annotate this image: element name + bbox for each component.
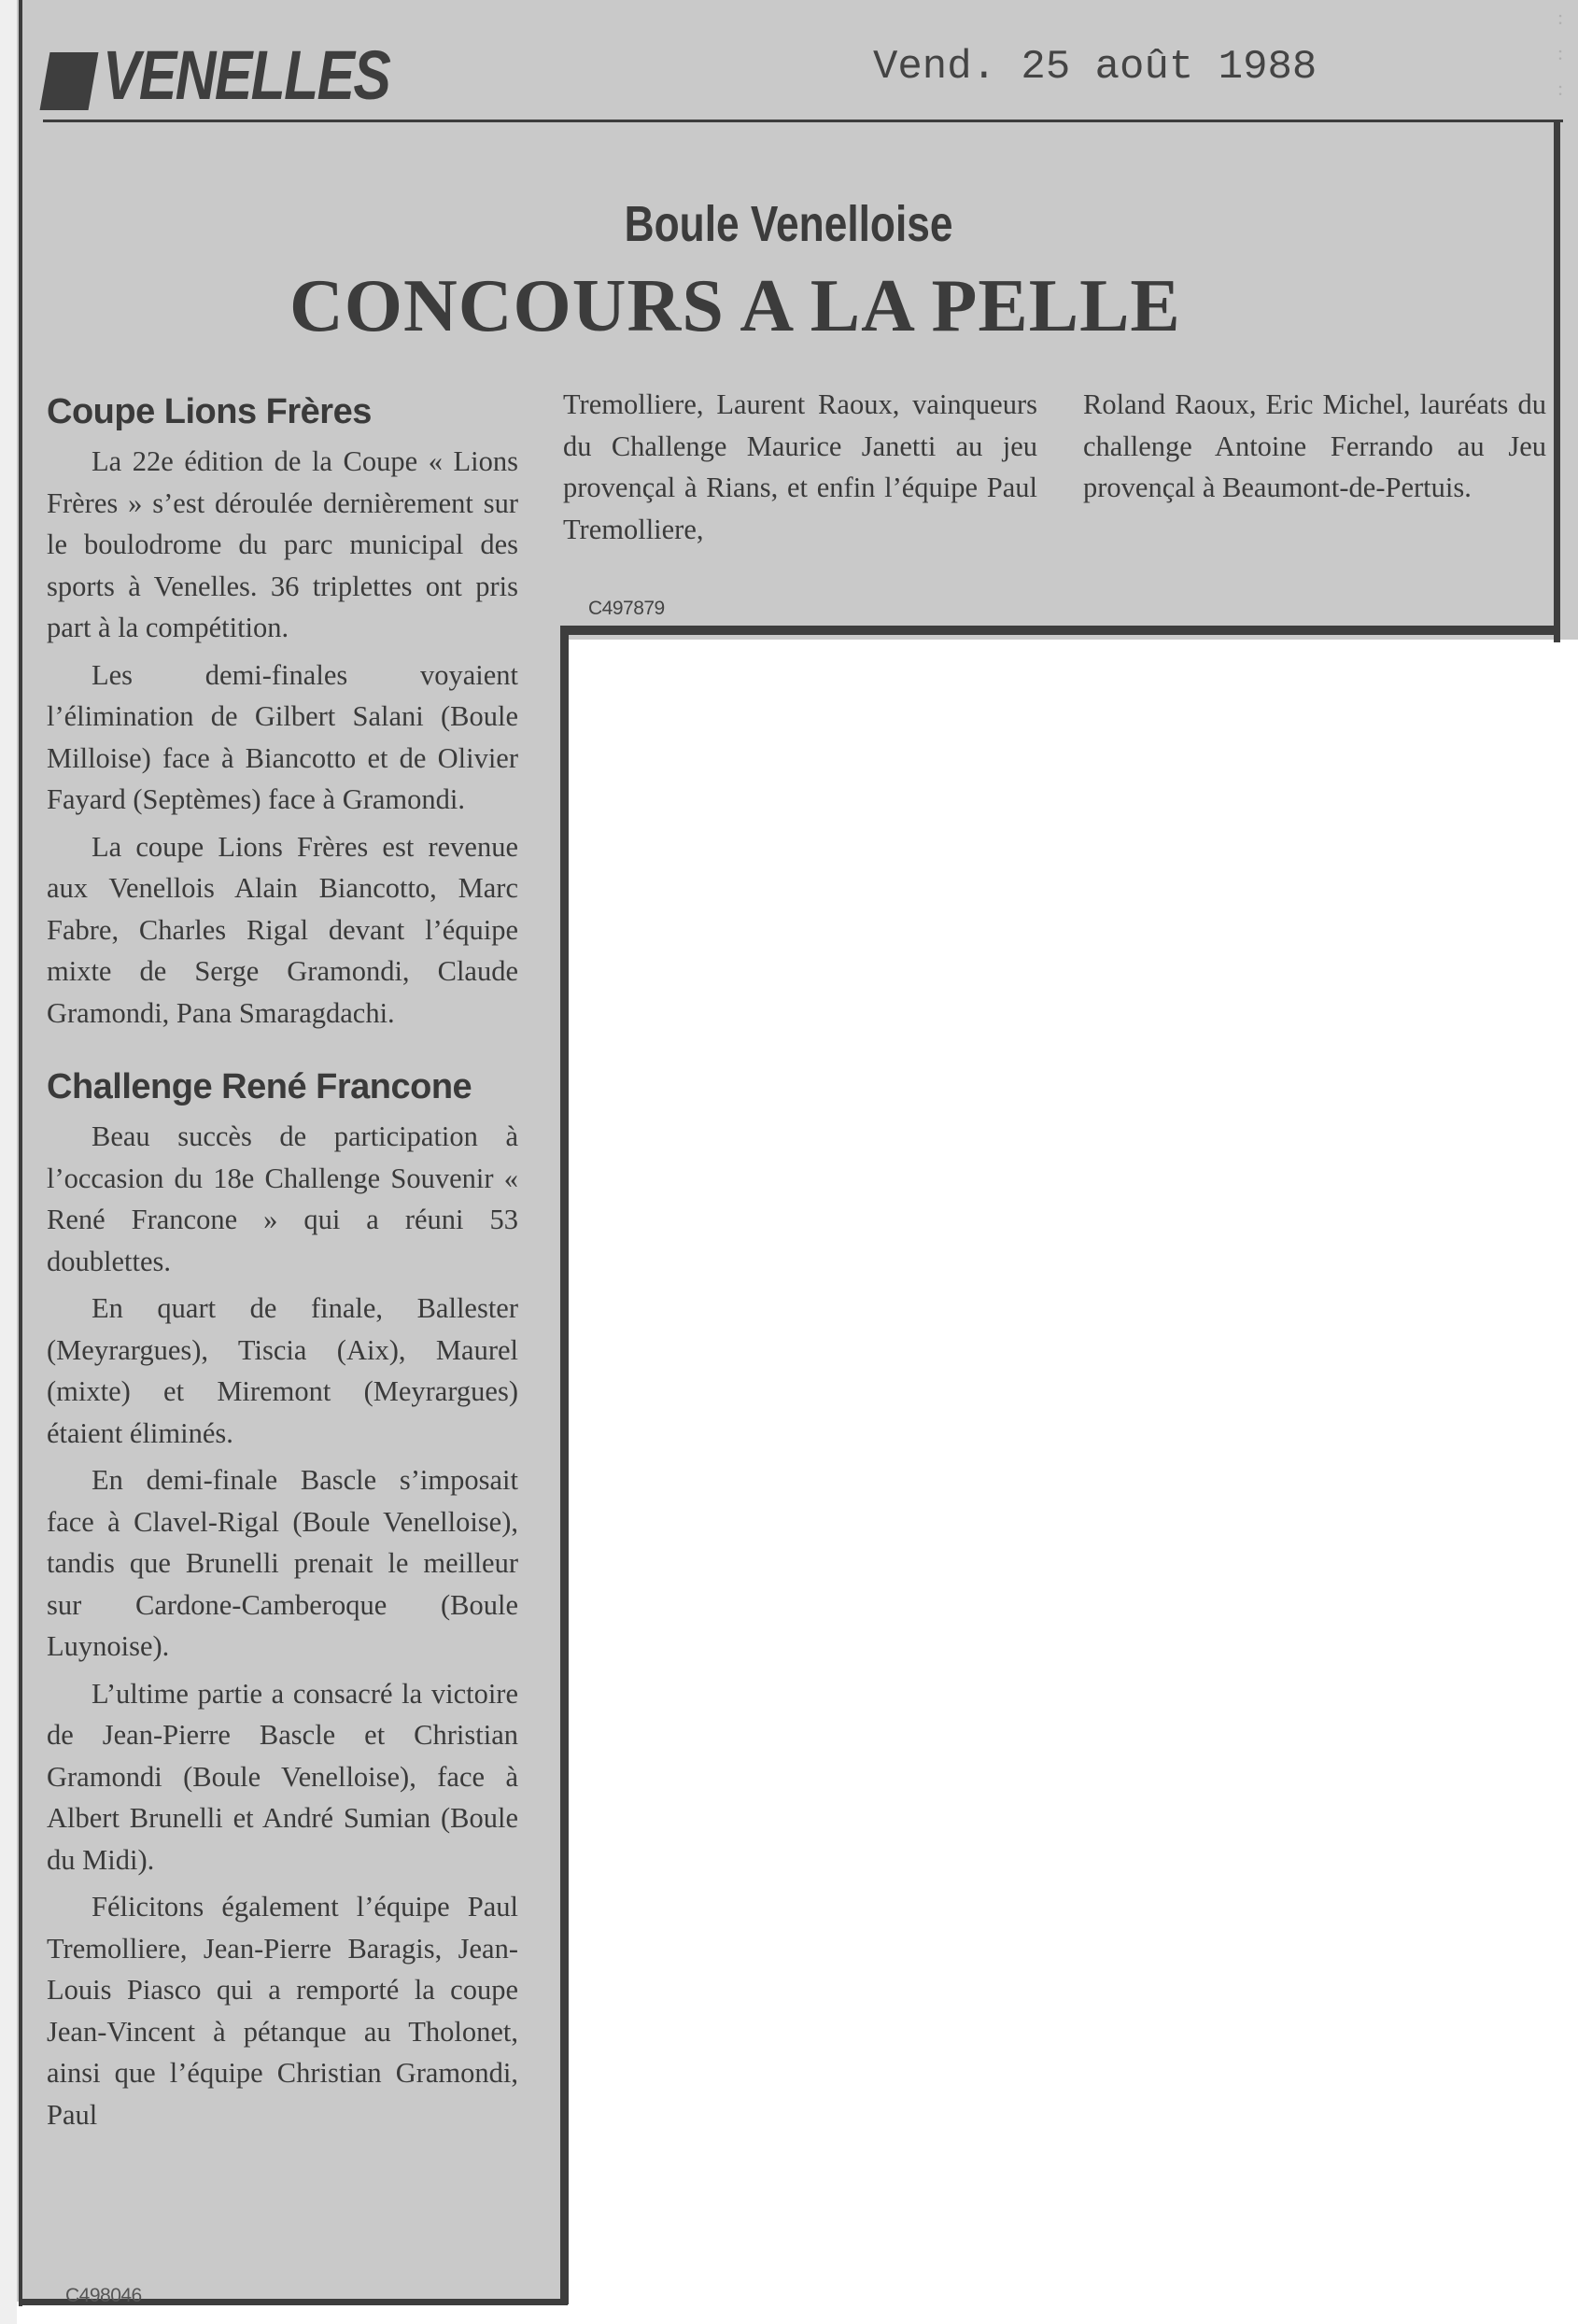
kicker-text: Boule Venelloise [625, 199, 953, 249]
paragraph: La coupe Lions Frères est revenue aux Ve… [47, 826, 518, 1035]
paragraph: Beau succès de participation à l’occasio… [47, 1116, 518, 1282]
paragraph: L’ultime partie a consacré la victoire d… [47, 1673, 518, 1881]
paragraph-continuation: Roland Raoux, Eric Michel, lauréats du c… [1083, 384, 1546, 509]
paragraph: En quart de finale, Ballester (Meyrargue… [47, 1288, 518, 1454]
reference-code: C497879 [588, 598, 665, 620]
paragraph-continuation: Tremolliere, Laurent Raoux, vainqueurs d… [563, 384, 1037, 550]
subhead-challenge-rene-francone: Challenge René Francone [47, 1065, 518, 1108]
header-rule [43, 120, 1563, 122]
article-headline: CONCOURS A LA PELLE [289, 269, 1317, 344]
paragraph: La 22e édition de la Coupe « Lions Frère… [47, 441, 518, 649]
section-marker-icon [40, 52, 99, 110]
date-stamp: Vend. 25 août 1988 [873, 47, 1317, 88]
paragraph: En demi-finale Bascle s’imposait face à … [47, 1459, 518, 1668]
column-right: Roland Raoux, Eric Michel, lauréats du c… [1083, 384, 1546, 514]
reference-code: C498046 [65, 2285, 142, 2307]
article-kicker: Boule Venelloise [0, 199, 1578, 249]
section-title: VENELLES [103, 41, 389, 110]
edge-marks: ::: [1557, 0, 1578, 112]
column-left: Coupe Lions Frères La 22e édition de la … [47, 390, 518, 2141]
box-border-right [1554, 120, 1560, 642]
scan-margin [0, 0, 17, 2324]
box-border-middle-horizontal [560, 626, 1559, 635]
box-border-middle-vertical [560, 633, 569, 2304]
paragraph: Félicitons également l’équipe Paul Tremo… [47, 1886, 518, 2135]
paragraph: Les demi-finales voyaient l’élimination … [47, 655, 518, 821]
column-middle: Tremolliere, Laurent Raoux, vainqueurs d… [563, 384, 1037, 556]
subhead-coupe-lions-freres: Coupe Lions Frères [47, 390, 518, 433]
box-border-left [19, 0, 22, 2306]
